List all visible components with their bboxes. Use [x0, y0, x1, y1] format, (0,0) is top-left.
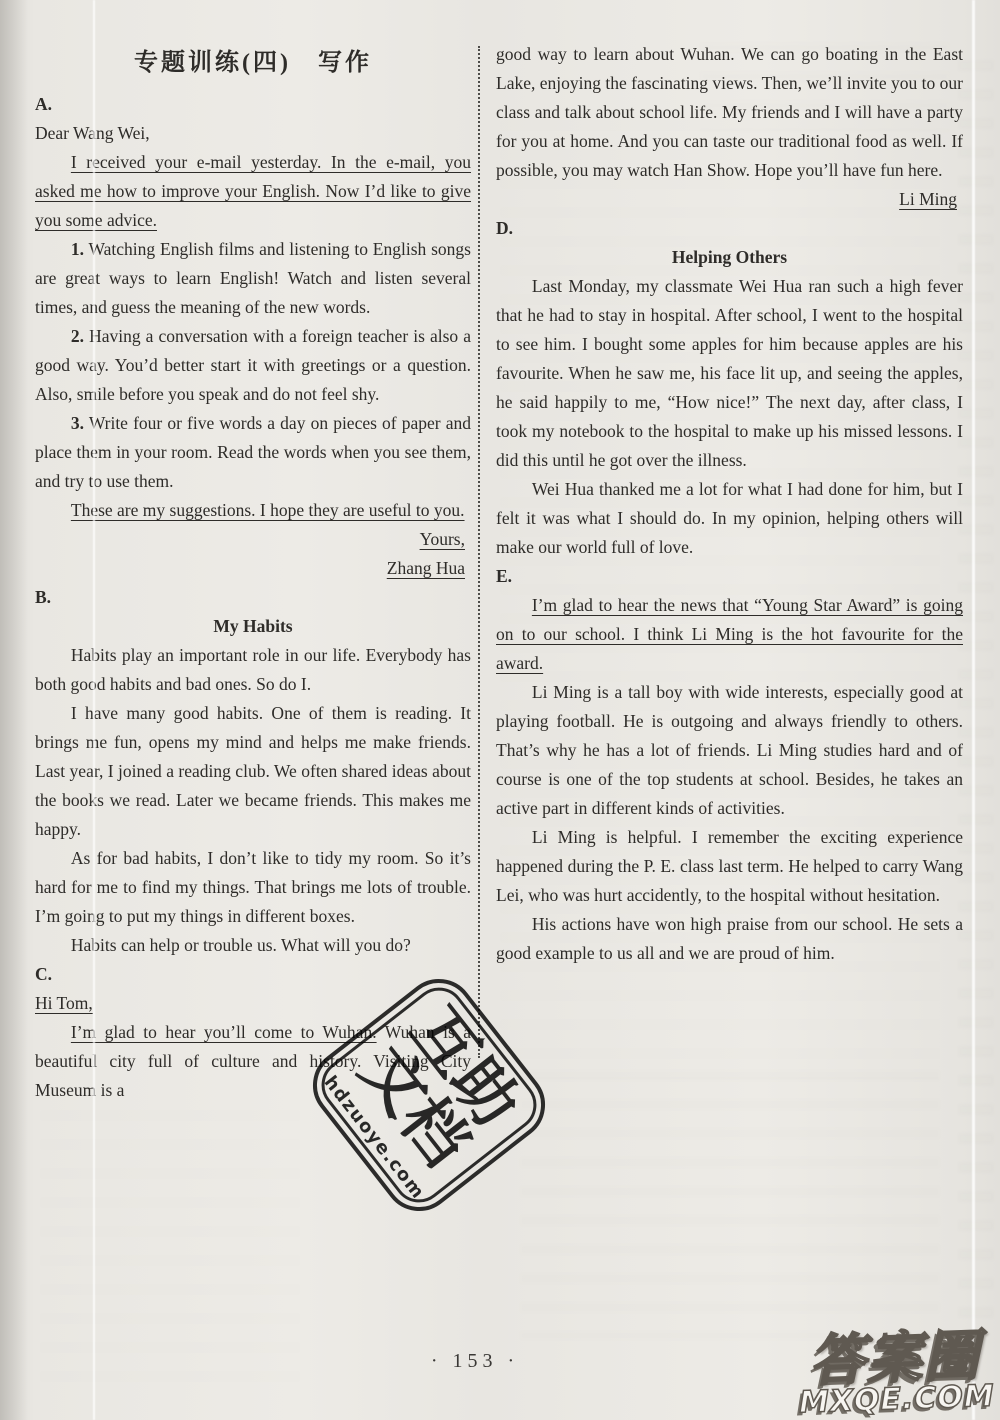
signature: Zhang Hua [387, 558, 465, 578]
bleedthrough-noise [958, 60, 994, 1320]
essay-c-signature-line: Li Ming [496, 185, 963, 214]
essay-e-intro: I’m glad to hear the news that “Young St… [496, 591, 963, 678]
left-column: 专题训练(四) 写作 A. Dear Wang Wei, I received … [35, 46, 471, 1105]
essay-a-tip-2: 2. Having a conversation with a foreign … [35, 322, 471, 409]
essay-a-tip-1: 1. Watching English films and listening … [35, 235, 471, 322]
essay-d-title: Helping Others [496, 243, 963, 272]
essay-e-paragraph-1: Li Ming is a tall boy with wide interest… [496, 678, 963, 823]
essay-c-salutation: Hi Tom, [35, 993, 93, 1013]
page-number: · 153 · [375, 1350, 575, 1373]
signature: Li Ming [899, 189, 957, 209]
essay-b-paragraph-3: As for bad habits, I don’t like to tidy … [35, 844, 471, 931]
essay-d-paragraph-2: Wei Hua thanked me a lot for what I had … [496, 475, 963, 562]
brand-logo: 答案圈 MXQE.COM [797, 1327, 996, 1420]
essay-c-body-right: good way to learn about Wuhan. We can go… [496, 40, 963, 185]
essay-e-paragraph-3: His actions have won high praise from ou… [496, 910, 963, 968]
tip-text: Watching English films and listening to … [35, 239, 471, 317]
bleedthrough-noise [520, 1070, 940, 1340]
column-divider [478, 46, 480, 1058]
essay-a-label: A. [35, 90, 471, 119]
essay-b-label: B. [35, 583, 471, 612]
page-title: 专题训练(四) 写作 [35, 46, 471, 80]
tip-number: 3. [71, 413, 84, 433]
essay-e-label: E. [496, 562, 963, 591]
tip-text: Having a conversation with a foreign tea… [35, 326, 471, 404]
essay-e-paragraph-2: Li Ming is helpful. I remember the excit… [496, 823, 963, 910]
essay-a-tip-3: 3. Write four or five words a day on pie… [35, 409, 471, 496]
right-column: good way to learn about Wuhan. We can go… [496, 40, 963, 968]
tip-number: 1. [71, 239, 84, 259]
essay-b-paragraph-2: I have many good habits. One of them is … [35, 699, 471, 844]
essay-a-salutation: Dear Wang Wei, [35, 119, 471, 148]
page-edge-shadow [0, 0, 28, 1420]
essay-c-underlined-sentence: I’m glad to hear you’ll come to Wuhan. [71, 1022, 377, 1042]
scan-crease-right [972, 0, 975, 1420]
essay-c-label: C. [35, 960, 471, 989]
essay-a-closing: These are my suggestions. I hope they ar… [35, 496, 471, 525]
essay-d-label: D. [496, 214, 963, 243]
essay-a-signoff-line: Yours, [35, 525, 471, 554]
essay-d-paragraph-1: Last Monday, my classmate Wei Hua ran su… [496, 272, 963, 475]
essay-a-signature-line: Zhang Hua [35, 554, 471, 583]
essay-a-intro: I received your e-mail yesterday. In the… [35, 148, 471, 235]
tip-text: Write four or five words a day on pieces… [35, 413, 471, 491]
essay-b-title: My Habits [35, 612, 471, 641]
tip-number: 2. [71, 326, 84, 346]
signoff: Yours, [420, 529, 465, 549]
brand-logo-domain: MXQE.COM [799, 1381, 996, 1420]
bleedthrough-noise [40, 1110, 300, 1390]
essay-b-paragraph-4: Habits can help or trouble us. What will… [35, 931, 471, 960]
essay-b-paragraph-1: Habits play an important role in our lif… [35, 641, 471, 699]
